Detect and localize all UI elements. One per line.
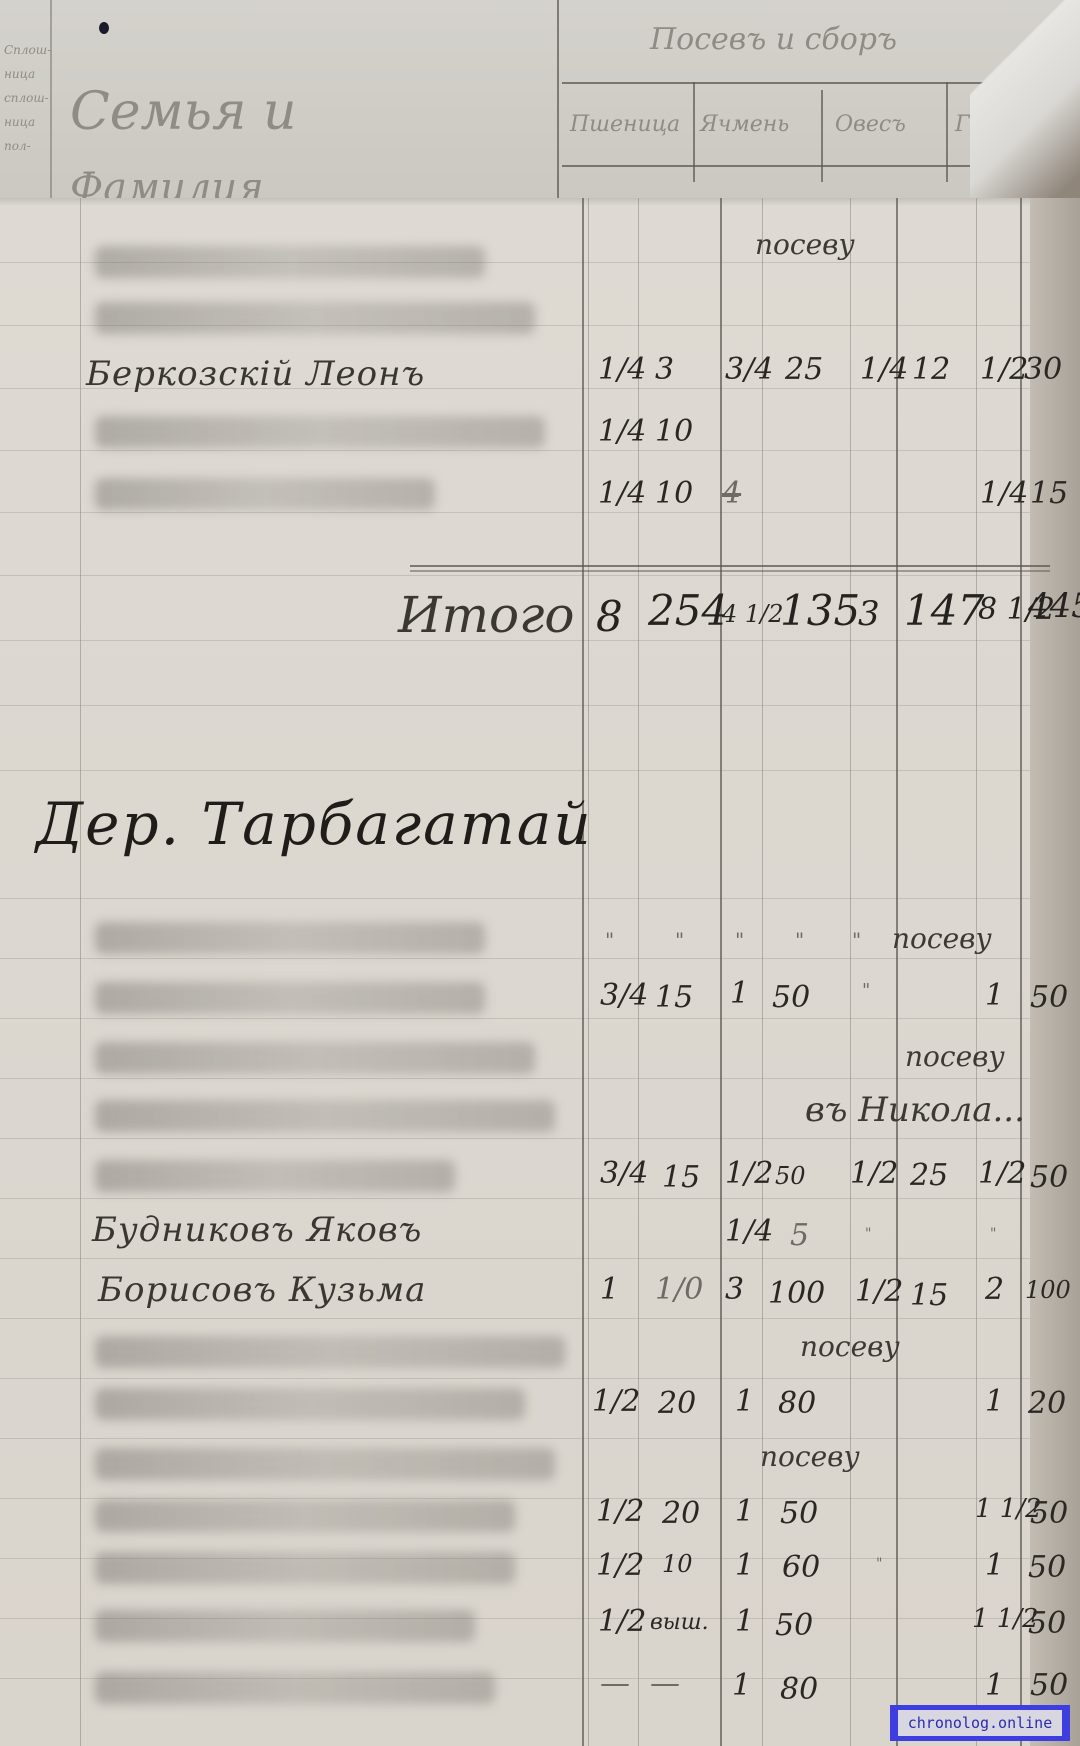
total-cell: 147 [904, 586, 984, 635]
cell: 1/4 [598, 414, 646, 449]
ditto-cell: " [876, 1556, 882, 1572]
cell: 1 [735, 1604, 754, 1639]
top-col-rule [946, 82, 948, 182]
redacted-name [95, 1448, 555, 1480]
cell: 20 [658, 1386, 696, 1421]
cell: 3/4 [725, 352, 773, 387]
redacted-name [95, 1100, 555, 1132]
cell: 50 [775, 1608, 813, 1643]
top-col-header: Пшеница [570, 112, 680, 137]
cell: 1/4 [860, 352, 908, 387]
redacted-name [95, 302, 535, 334]
top-col-header: Овесъ [835, 112, 906, 137]
ditto-cell: " [605, 928, 614, 952]
redacted-name [95, 1552, 515, 1584]
top-column-rule [557, 0, 559, 198]
top-title-fragment-2: Фамилия [70, 165, 264, 199]
cell: 1/4 [598, 352, 646, 387]
ditto-cell: " [865, 1226, 871, 1242]
total-cell: 445 [1028, 586, 1080, 626]
top-col-rule [821, 90, 823, 182]
cell: 15 [910, 1278, 948, 1313]
row-note: посеву [892, 922, 992, 955]
entry-name: Борисовъ Кузьма [98, 1270, 426, 1310]
top-title-fragment: Семья и [70, 82, 296, 142]
cell: 12 [912, 352, 950, 387]
row-note: посеву [905, 1040, 1005, 1073]
total-cell: 135 [780, 586, 860, 635]
redacted-name [95, 982, 485, 1014]
cell: 1 [985, 978, 1004, 1013]
cell: 50 [772, 980, 810, 1015]
cell: 1/2 [725, 1156, 773, 1191]
ditto-cell: " [862, 980, 870, 1001]
redacted-name [95, 478, 435, 510]
cell: 50 [1030, 1668, 1068, 1703]
cell: 1/2 [596, 1494, 644, 1529]
underlying-page: Сплош- ница сплош- ница пол- Семья и Фам… [0, 0, 1080, 201]
row-note: посеву [800, 1330, 900, 1363]
redacted-name [95, 1042, 535, 1074]
cell: 20 [662, 1496, 700, 1531]
cell: 3 [725, 1272, 744, 1307]
row-note: въ Никола... [805, 1090, 1025, 1130]
village-heading: Дер. Тарбагатай [36, 790, 593, 858]
redacted-name [95, 1500, 515, 1532]
redacted-name [95, 246, 485, 278]
cell: 1 [735, 1548, 754, 1583]
cell: 20 [1028, 1386, 1066, 1421]
top-header-rule [562, 165, 1032, 167]
cell: 1/2 [850, 1156, 898, 1191]
total-cell: 4 1/2 [722, 600, 784, 628]
cell: 1/2 [596, 1548, 644, 1583]
cell: 25 [785, 352, 823, 387]
cell: 50 [1028, 1606, 1066, 1641]
redacted-name [95, 922, 485, 954]
cell: 1/4 [598, 476, 646, 511]
watermark-text: chronolog.online [898, 1710, 1063, 1736]
cell: 50 [775, 1162, 806, 1190]
cell: 1/2 [978, 1156, 1026, 1191]
cell: 10 [655, 414, 693, 449]
cell: 3 [655, 352, 674, 387]
total-cell: 8 [596, 592, 623, 641]
struck-mark: 4 [722, 476, 741, 511]
row-note: посеву [760, 1440, 860, 1473]
cell: 80 [778, 1386, 816, 1421]
cell: 1 [730, 976, 749, 1011]
torn-corner [970, 0, 1080, 200]
cell: 10 [655, 476, 693, 511]
cell: 1/0 [655, 1272, 703, 1307]
cell: 10 [662, 1550, 693, 1578]
cell: 3/4 [600, 978, 648, 1013]
top-col-header: Ячмень [700, 112, 789, 137]
redacted-name [95, 1336, 565, 1368]
cell: 1 [985, 1548, 1004, 1583]
entry-name: Будниковъ Яковъ [92, 1210, 422, 1250]
redacted-name [95, 416, 545, 448]
cell: 100 [768, 1276, 825, 1311]
cell: 1/2 [598, 1604, 646, 1639]
cell: 1 [735, 1384, 754, 1419]
cell: 15 [662, 1160, 700, 1195]
ditto-cell: " [675, 928, 684, 952]
margin-note: Сплош- ница сплош- ница пол- [4, 38, 51, 158]
cell: 1/2 [592, 1384, 640, 1419]
redacted-name [95, 1160, 455, 1192]
total-rule [410, 565, 1050, 567]
redacted-name [95, 1672, 495, 1704]
cell: 1 [985, 1384, 1004, 1419]
cell: 1/2 [855, 1274, 903, 1309]
redacted-name [95, 1388, 525, 1420]
top-header-group: Посевъ и сборъ [650, 22, 897, 57]
cell: 50 [1030, 1160, 1068, 1195]
ditto-cell: " [852, 928, 861, 952]
cell: — [650, 1666, 680, 1701]
cell: 50 [780, 1496, 818, 1531]
total-cell: 254 [648, 586, 728, 635]
cell: 25 [910, 1158, 948, 1193]
cell: 3/4 [600, 1156, 648, 1191]
cell: 1 [735, 1494, 754, 1529]
cell: 2 [985, 1272, 1004, 1307]
binding-hole [99, 22, 109, 34]
cell: 50 [1028, 1550, 1066, 1585]
cell: 1/4 [980, 476, 1028, 511]
cell: 50 [1030, 980, 1068, 1015]
cell: выш. [650, 1610, 709, 1635]
redacted-name [95, 1610, 475, 1642]
total-cell: 3 [858, 594, 880, 634]
ditto-cell: " [990, 1226, 996, 1242]
cell: 30 [1024, 352, 1062, 387]
ditto-cell: " [735, 928, 744, 952]
ditto-cell: " [795, 928, 804, 952]
entry-name: Беркозскій Леонъ [86, 354, 425, 394]
row-note: посеву [755, 228, 855, 261]
cell: 80 [780, 1672, 818, 1707]
cell: 15 [1030, 476, 1068, 511]
cell: 1 [732, 1668, 751, 1703]
cell: 1 [985, 1668, 1004, 1703]
cell: 50 [1030, 1496, 1068, 1531]
cell: 1 [600, 1272, 619, 1307]
cell: — [600, 1666, 630, 1701]
cell: 1/4 [725, 1214, 773, 1249]
total-label: Итого [398, 586, 575, 644]
top-header-rule [562, 82, 1032, 84]
cell: 60 [782, 1550, 820, 1585]
top-col-rule [693, 82, 695, 182]
cell: 1/2 [980, 352, 1028, 387]
watermark-badge: chronolog.online [890, 1705, 1070, 1741]
ledger-scan: Сплош- ница сплош- ница пол- Семья и Фам… [0, 0, 1080, 1746]
cell: 5 [790, 1218, 809, 1253]
total-rule [410, 570, 1050, 572]
cell: 100 [1025, 1276, 1071, 1304]
cell: 15 [655, 980, 693, 1015]
